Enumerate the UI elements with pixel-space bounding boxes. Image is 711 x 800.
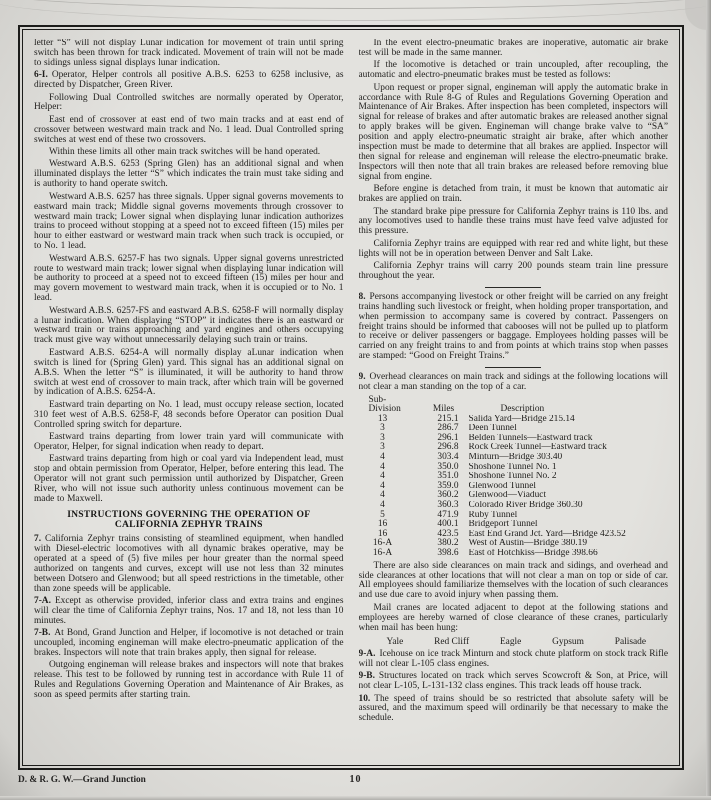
- table-cell: Ruby Tunnel: [469, 511, 669, 521]
- paragraph-abs-6257: Westward A.B.S. 6257 has three signals. …: [34, 193, 344, 252]
- table-cell: 3: [363, 434, 419, 444]
- paragraph: Eastward trains departing from high or c…: [34, 455, 344, 505]
- table-cell: 5: [363, 511, 419, 521]
- section-9B: 9-B.Structures located on track which se…: [359, 672, 669, 692]
- table-cell: East of Hotchkiss—Bridge 398.66: [469, 549, 669, 559]
- table-cell: 4: [363, 453, 419, 463]
- section-6I: 6-I.Operator, Helper controls all positi…: [34, 71, 344, 91]
- section-9: 9.Overhead clearances on main track and …: [359, 373, 669, 393]
- station-name: Red Cliff: [434, 637, 469, 647]
- page-number: 10: [0, 774, 711, 785]
- section-number: 9-A.: [359, 649, 380, 659]
- table-cell: 4: [363, 472, 419, 482]
- paragraph-abs-6254A: Eastward A.B.S. 6254-A will normally dis…: [34, 349, 344, 399]
- section-number: 7-A.: [34, 596, 55, 606]
- clearance-table: Sub-Division Miles Description 13215.1Sa…: [363, 396, 669, 559]
- table-cell: 4: [363, 491, 419, 501]
- paragraph: Eastward trains departing from lower tra…: [34, 433, 344, 453]
- paragraph: There are also side clearances on main t…: [359, 562, 669, 602]
- table-cell: 398.6: [419, 549, 469, 559]
- page-border-frame: letter “S” will not display Lunar indica…: [18, 25, 684, 770]
- table-cell: Minturn—Bridge 303.40: [469, 453, 669, 463]
- table-cell: Bridgeport Tunnel: [469, 520, 669, 530]
- table-cell: 4: [363, 463, 419, 473]
- header-line: Division: [369, 405, 419, 415]
- table-cell: 4: [363, 482, 419, 492]
- section-text: Operator, Helper controls all positive A…: [34, 70, 344, 90]
- scan-artifact-arc: [0, 0, 711, 21]
- section-number: 7.: [34, 534, 45, 544]
- paragraph-mail-cranes: Mail cranes are located adjacent to depo…: [359, 604, 669, 634]
- scanned-document-page: letter “S” will not display Lunar indica…: [0, 0, 711, 800]
- table-cell: Deen Tunnel: [469, 424, 669, 434]
- section-7: 7.California Zephyr trains consisting of…: [34, 535, 344, 594]
- scan-edge: [706, 0, 711, 800]
- paragraph: Within these limits all other main track…: [34, 148, 344, 158]
- station-name: Yale: [387, 637, 404, 647]
- paragraph: Eastward train departing on No. 1 lead, …: [34, 401, 344, 431]
- paragraph-abs-6257F: Westward A.B.S. 6257-F has two signals. …: [34, 255, 344, 305]
- table-cell: 16: [363, 520, 419, 530]
- paragraph-abs-6257FS: Westward A.B.S. 6257-FS and eastward A.B…: [34, 307, 344, 347]
- section-text: The speed of trains should be so restric…: [359, 694, 669, 724]
- table-cell: Glenwood Tunnel: [469, 482, 669, 492]
- paragraph-abs-6253: Westward A.B.S. 6253 (Spring Glen) has a…: [34, 160, 344, 190]
- paragraph: East end of crossover at east end of two…: [34, 116, 344, 146]
- station-name: Eagle: [500, 637, 521, 647]
- right-column: In the event electro-pneumatic brakes ar…: [359, 39, 669, 759]
- section-divider: [485, 287, 541, 288]
- section-10: 10.The speed of trains should be so rest…: [359, 695, 669, 725]
- section-7B: 7-B.At Bond, Grand Junction and Helper, …: [34, 629, 344, 659]
- paragraph: In the event electro-pneumatic brakes ar…: [359, 39, 669, 59]
- table-cell: 13: [363, 415, 419, 425]
- section-number: 9-B.: [359, 671, 379, 681]
- paragraph-brake-test: Upon request or proper signal, engineman…: [359, 84, 669, 183]
- table-cell: Shoshone Tunnel No. 1: [469, 463, 669, 473]
- table-cell: 16-A: [363, 549, 419, 559]
- table-cell: 4: [363, 501, 419, 511]
- mail-crane-stations: Yale Red Cliff Eagle Gypsum Palisade: [359, 636, 669, 647]
- section-text: At Bond, Grand Junction and Helper, if l…: [34, 628, 344, 658]
- table-cell: Shoshone Tunnel No. 2: [469, 472, 669, 482]
- section-number: 10.: [359, 694, 375, 704]
- table-cell: Glenwood—Viaduct: [469, 491, 669, 501]
- section-number: 8.: [359, 292, 370, 302]
- section-text: Icehouse on ice track Minturn and stock …: [359, 649, 669, 669]
- page-content: letter “S” will not display Lunar indica…: [22, 29, 680, 766]
- section-7A: 7-A.Except as otherwise provided, inferi…: [34, 597, 344, 627]
- section-number: 9.: [359, 372, 370, 382]
- left-column: letter “S” will not display Lunar indica…: [34, 39, 344, 759]
- section-text: Persons accompanying livestock or other …: [359, 292, 669, 361]
- station-name: Gypsum: [552, 637, 584, 647]
- continuation-paragraph: letter “S” will not display Lunar indica…: [34, 39, 344, 69]
- section-number: 6-I.: [34, 70, 52, 80]
- section-number: 7-B.: [34, 628, 54, 638]
- table-header-subdivision: Sub-Division: [363, 396, 419, 415]
- section-text: Except as otherwise provided, inferior c…: [34, 596, 344, 626]
- section-9A: 9-A.Icehouse on ice track Minturn and st…: [359, 650, 669, 670]
- section-text: Structures located on track which serves…: [359, 671, 669, 691]
- table-cell: Rock Creek Tunnel—Eastward track: [469, 443, 669, 453]
- section-8: 8.Persons accompanying livestock or othe…: [359, 293, 669, 362]
- table-cell: Salida Yard—Bridge 215.14: [469, 415, 669, 425]
- paragraph: California Zephyr trains will carry 200 …: [359, 262, 669, 282]
- table-cell: Colorado River Bridge 360.30: [469, 501, 669, 511]
- table-cell: West of Austin—Bridge 380.19: [469, 539, 669, 549]
- table-header-description: Description: [469, 405, 669, 415]
- zephyr-instructions-heading: INSTRUCTIONS GOVERNING THE OPERATION OF …: [40, 510, 338, 531]
- table-cell: East End Grand Jct. Yard—Bridge 423.52: [469, 530, 669, 540]
- scan-edge: [0, 796, 711, 800]
- table-cell: Belden Tunnels—Eastward track: [469, 434, 669, 444]
- paragraph: If the locomotive is detached or train u…: [359, 61, 669, 81]
- section-text: California Zephyr trains consisting of s…: [34, 534, 344, 594]
- paragraph: Following Dual Controlled switches are n…: [34, 94, 344, 114]
- table-cell: 3: [363, 443, 419, 453]
- paragraph: Outgoing engineman will release brakes a…: [34, 661, 344, 701]
- section-text: Overhead clearances on main track and si…: [359, 372, 669, 392]
- paragraph: The standard brake pipe pressure for Cal…: [359, 208, 669, 238]
- table-cell: 3: [363, 424, 419, 434]
- section-divider: [485, 367, 541, 368]
- paragraph: California Zephyr trains are equipped wi…: [359, 240, 669, 260]
- paragraph: Before engine is detached from train, it…: [359, 185, 669, 205]
- station-name: Palisade: [615, 637, 646, 647]
